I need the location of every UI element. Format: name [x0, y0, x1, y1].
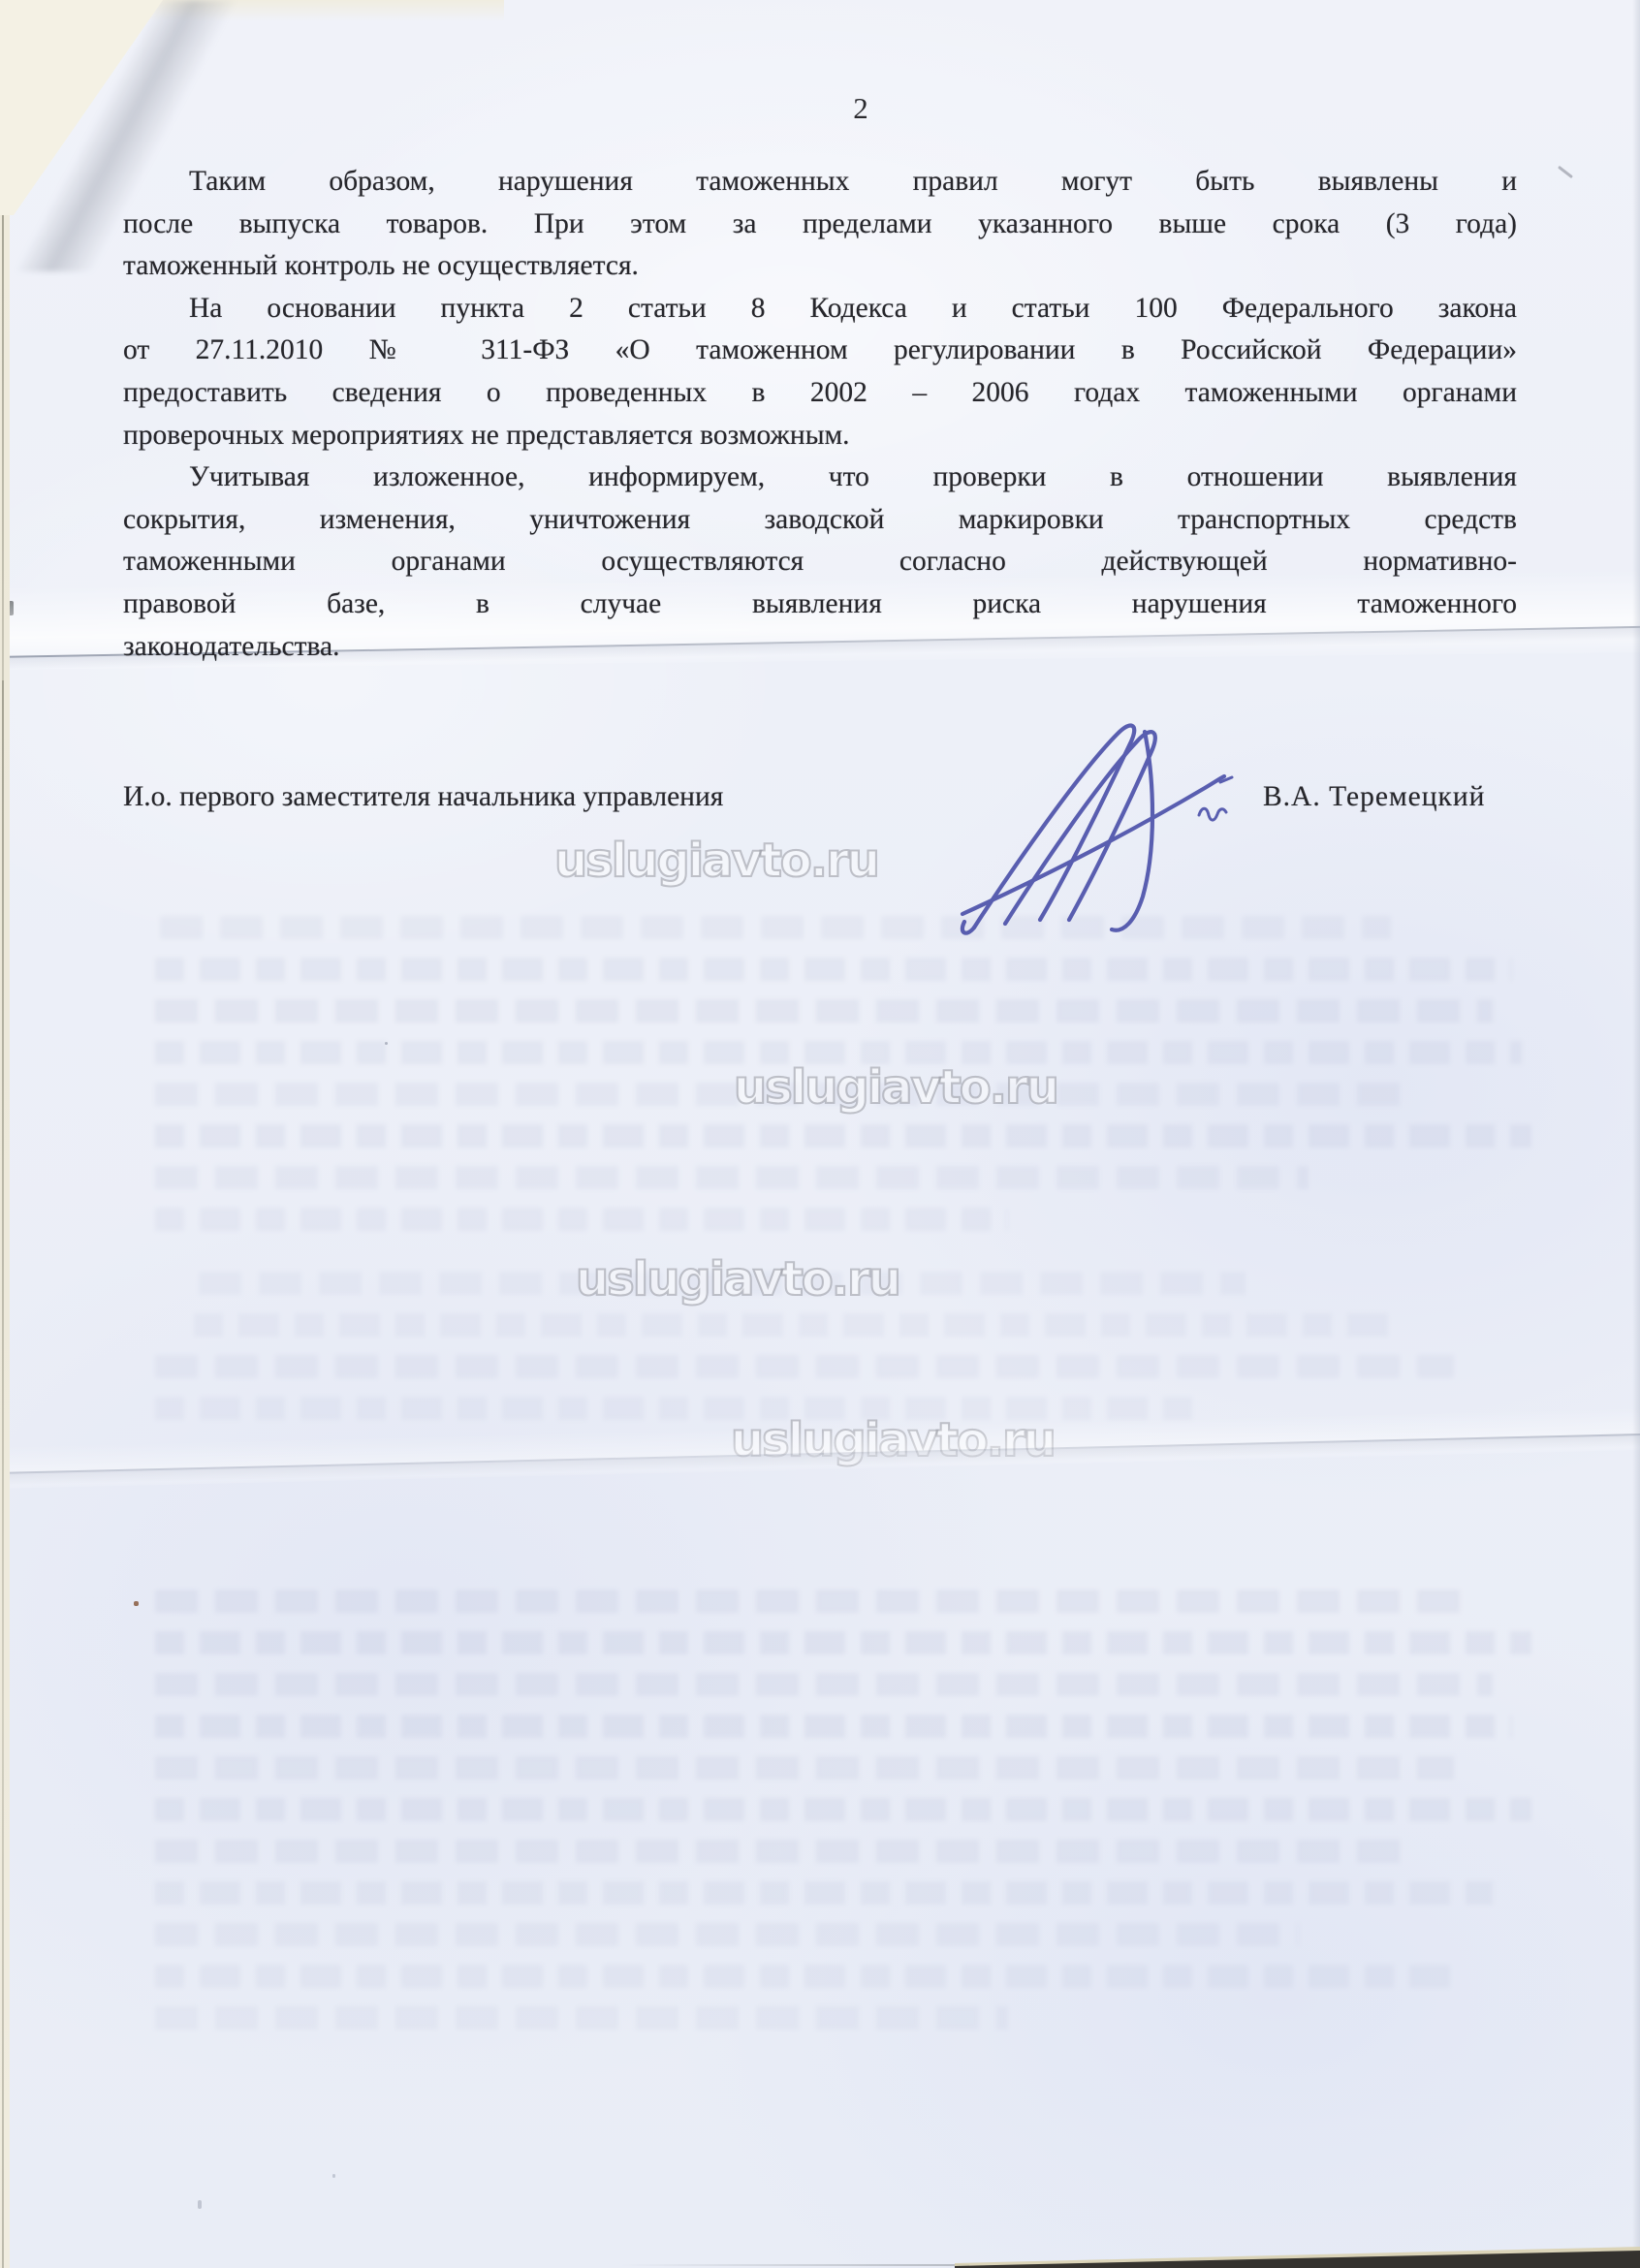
bleed-through-line [155, 1965, 1454, 1988]
paper-speck [385, 1042, 388, 1045]
bleed-through-line [155, 1208, 1008, 1231]
body-line: таможенными органами осуществляются согл… [123, 541, 1517, 583]
svg-text:uslugiavto.ru: uslugiavto.ru [554, 834, 878, 888]
body-line: Учитывая изложенное, информируем, что пр… [123, 457, 1517, 499]
body-line: На основании пункта 2 статьи 8 Кодекса и… [123, 288, 1517, 331]
bleed-through-line [155, 1715, 1512, 1738]
scanned-letter-page: uslugiavto.ru uslugiavto.ru uslugiavto.r… [0, 0, 1640, 2268]
body-line: правовой базе, в случае выявления риска … [123, 583, 1517, 626]
bleed-through-line [155, 1124, 1531, 1148]
svg-text:uslugiavto.ru: uslugiavto.ru [734, 1060, 1057, 1115]
page-bottom-edge [620, 2264, 969, 2266]
paper-speck [332, 2174, 335, 2178]
signatory-title: И.о. первого заместителя начальника упра… [123, 781, 723, 813]
paper-speck [134, 1601, 139, 1606]
paper-speck [198, 2200, 202, 2209]
body-line: Таким образом, нарушения таможенных прав… [123, 161, 1517, 204]
watermark-uslugiavto: uslugiavto.ru [732, 1053, 1092, 1126]
bleed-through-line [155, 1673, 1493, 1696]
body-line: сокрытия, изменения, уничтожения заводск… [123, 499, 1517, 542]
letter-body: Таким образом, нарушения таможенных прав… [123, 161, 1517, 668]
bleed-through-line [155, 1355, 1454, 1378]
page-number: 2 [841, 91, 880, 126]
signatory-name: В.А. Теремецкий [1263, 781, 1485, 813]
body-line: законодательства. [123, 626, 1517, 669]
svg-text:uslugiavto.ru: uslugiavto.ru [576, 1252, 899, 1307]
watermark-uslugiavto: uslugiavto.ru [552, 826, 913, 899]
watermark-uslugiavto: uslugiavto.ru [574, 1244, 934, 1318]
bleed-through-line [155, 1756, 1454, 1780]
paper-speck [1558, 166, 1573, 178]
scan-left-edge-line [2, 0, 4, 2268]
signature-ink [945, 712, 1255, 945]
bleed-through-line [155, 999, 1493, 1023]
body-line: после выпуска товаров. При этом за преде… [123, 204, 1517, 246]
bleed-through-line [155, 2006, 1008, 2030]
bleed-through-line [155, 1923, 1299, 1946]
scan-right-edge [1632, 0, 1640, 2268]
bleed-through-line [155, 1798, 1531, 1821]
body-line: предоставить сведения о проведенных в 20… [123, 372, 1517, 415]
bleed-through-line [155, 1631, 1531, 1654]
body-line: таможенный контроль не осуществляется. [123, 245, 1517, 288]
bleed-through-line [155, 1881, 1493, 1905]
bleed-through-line [155, 1590, 1473, 1613]
body-line: проверочных мероприятиях не представляет… [123, 415, 1517, 457]
body-line: от 27.11.2010 № 311-ФЗ «О таможенном рег… [123, 330, 1517, 372]
bleed-through-line [155, 958, 1512, 981]
bleed-through-line [155, 1840, 1405, 1863]
bleed-through-line [155, 1166, 1309, 1189]
